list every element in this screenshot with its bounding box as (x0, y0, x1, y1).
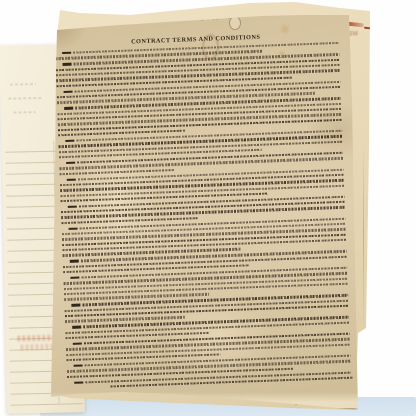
scanned-document-photo: MEMORANDUM CONTRACT TERMS AND CONDITIONS (0, 0, 416, 416)
fine-print-line (60, 169, 175, 175)
bleedthrough-mark (8, 97, 42, 100)
contract-page: CONTRACT TERMS AND CONDITIONS (46, 12, 358, 408)
body-text-lines (55, 42, 351, 393)
stain-spot (278, 50, 286, 58)
bleedthrough-mark (14, 111, 36, 113)
red-stamp-ghost (20, 344, 53, 351)
red-stamp-ghost (17, 335, 57, 342)
fine-print-line (65, 316, 185, 323)
paper-crease (363, 140, 364, 330)
stain-spot (279, 23, 291, 35)
ring-stain (202, 34, 219, 60)
red-pen-dash (364, 27, 371, 30)
punch-hole-ring (229, 16, 241, 30)
contract-page-content: CONTRACT TERMS AND CONDITIONS (39, 6, 365, 413)
bleedthrough-mark (10, 83, 36, 86)
